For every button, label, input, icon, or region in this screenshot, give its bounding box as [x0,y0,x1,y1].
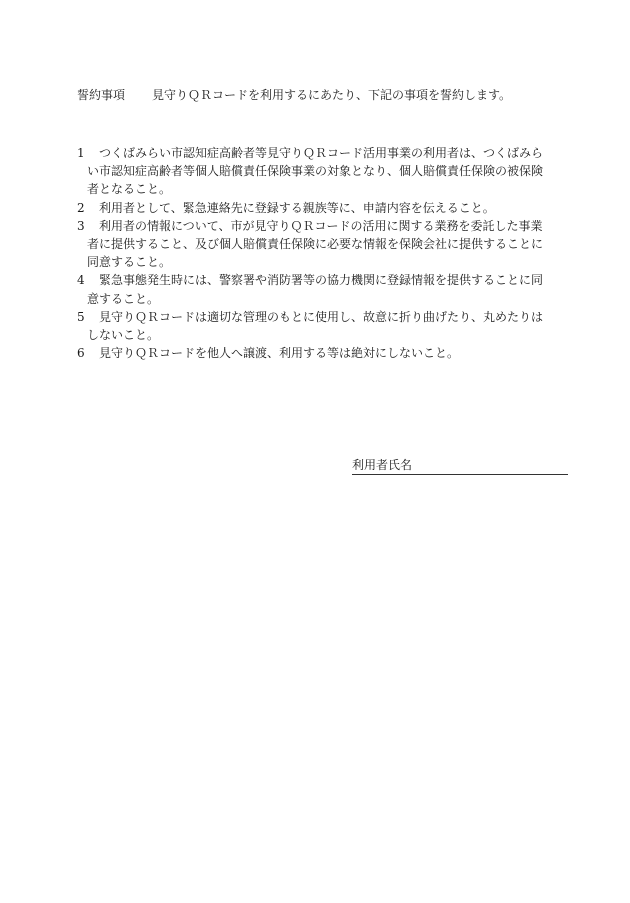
pledge-item-line: 意すること。 [87,290,569,308]
pledge-item-line: 利用者の情報について、市が見守りＱＲコードの活用に関する業務を委託した事業 [99,217,569,235]
pledge-item-line: い市認知症高齢者等個人賠償責任保険事業の対象となり、個人賠償責任保険の被保険 [87,162,569,180]
pledge-item-line: 見守りＱＲコードは適切な管理のもとに使用し、故意に折り曲げたり、丸めたりは [99,308,569,326]
pledge-item-text: 緊急事態発生時には、警察署や消防署等の協力機関に登録情報を提供することに同意する… [99,271,569,307]
pledge-item-line: しないこと。 [87,326,569,344]
pledge-item-line: 者に提供すること、及び個人賠償責任保険に必要な情報を保険会社に提供することに [87,235,569,253]
pledge-item-number: 2 [77,199,99,217]
pledge-item: 1つくばみらい市認知症高齢者等見守りＱＲコード活用事業の利用者は、つくばみらい市… [77,144,569,199]
pledge-item: 4緊急事態発生時には、警察署や消防署等の協力機関に登録情報を提供することに同意す… [77,271,569,307]
pledge-item-text: 見守りＱＲコードは適切な管理のもとに使用し、故意に折り曲げたり、丸めたりはしない… [99,308,569,344]
signature-label: 利用者氏名 [352,458,412,472]
pledge-heading-label: 誓約事項 [77,86,152,103]
pledge-item-line: 利用者として、緊急連絡先に登録する親族等に、申請内容を伝えること。 [99,199,569,217]
pledge-heading: 誓約事項見守りＱＲコードを利用するにあたり、下記の事項を誓約します。 [77,86,511,103]
signature-field: 利用者氏名 [352,456,568,475]
pledge-item: 5見守りＱＲコードは適切な管理のもとに使用し、故意に折り曲げたり、丸めたりはしな… [77,308,569,344]
pledge-item-text: 見守りＱＲコードを他人へ譲渡、利用する等は絶対にしないこと。 [99,344,569,362]
pledge-item: 2利用者として、緊急連絡先に登録する親族等に、申請内容を伝えること。 [77,199,569,217]
pledge-item-text: 利用者の情報について、市が見守りＱＲコードの活用に関する業務を委託した事業者に提… [99,217,569,272]
pledge-items-list: 1つくばみらい市認知症高齢者等見守りＱＲコード活用事業の利用者は、つくばみらい市… [77,144,569,362]
pledge-item-line: つくばみらい市認知症高齢者等見守りＱＲコード活用事業の利用者は、つくばみら [99,144,569,162]
pledge-item-line: 見守りＱＲコードを他人へ譲渡、利用する等は絶対にしないこと。 [99,344,569,362]
pledge-item-line: 同意すること。 [87,253,569,271]
pledge-item: 3利用者の情報について、市が見守りＱＲコードの活用に関する業務を委託した事業者に… [77,217,569,272]
pledge-item-line: 者となること。 [87,180,569,198]
pledge-item: 6見守りＱＲコードを他人へ譲渡、利用する等は絶対にしないこと。 [77,344,569,362]
pledge-item-text: 利用者として、緊急連絡先に登録する親族等に、申請内容を伝えること。 [99,199,569,217]
pledge-item-number: 6 [77,344,99,362]
pledge-item-line: 緊急事態発生時には、警察署や消防署等の協力機関に登録情報を提供することに同 [99,271,569,289]
pledge-heading-text: 見守りＱＲコードを利用するにあたり、下記の事項を誓約します。 [152,88,511,102]
pledge-item-text: つくばみらい市認知症高齢者等見守りＱＲコード活用事業の利用者は、つくばみらい市認… [99,144,569,199]
